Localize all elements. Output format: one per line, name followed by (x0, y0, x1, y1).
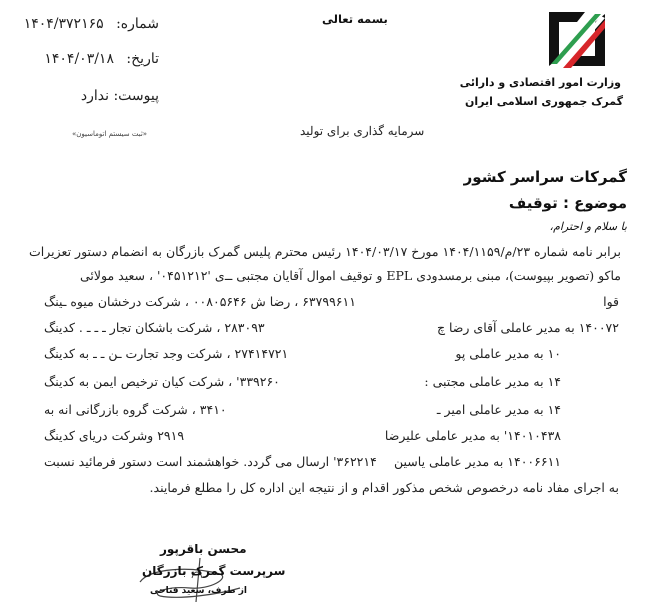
body-line-8-left: ۲۹۱۹ وشرکت دریای کدینگ (44, 428, 184, 443)
attachment-value: ندارد (81, 88, 109, 104)
slogan: سرمایه گذاری برای تولید (300, 124, 424, 138)
letter-number-row: شماره: ۱۴۰۴/۳۷۲۱۶۵ (24, 16, 159, 32)
body-line-1: برابر نامه شماره ۲۳/م/۱۴۰۴/۱۱۵۹ مورخ ۱۴۰… (29, 244, 621, 259)
body-line-10: به اجرای مفاد نامه درخصوص شخص مذکور اقدا… (150, 480, 619, 495)
body-line-4: ۱۴۰۰۷۲ به مدیر عاملی آقای رضا چ (437, 320, 619, 335)
body-line-7: ۱۴ به مدیر عاملی امیر ـ (437, 402, 561, 417)
body-line-8: ۱۴۰۱۰۴۳۸' به مدیر عاملی علیرضا (385, 428, 561, 443)
customs-name: گمرک جمهوری اسلامی ایران (465, 95, 623, 108)
letter-date-label: تاریخ: (126, 51, 159, 67)
signatory-proxy: از طرف، سعید فتاحی (150, 586, 247, 596)
ministry-name: وزارت امور اقتصادی و دارائی (460, 76, 621, 89)
bismillah-heading: بسمه تعالی (322, 12, 388, 26)
automation-note: «ثبت سیستم اتوماسیون» (72, 130, 147, 138)
letter-number-value: ۱۴۰۴/۳۷۲۱۶۵ (24, 16, 104, 32)
greeting: با سلام و احترام، (550, 220, 627, 233)
letter-date-value: ۱۴۰۴/۰۳/۱۸ (44, 51, 114, 67)
body-line-9-left: ۳۶۲۲۱۴' ارسال می گردد. خواهشمند است دستو… (44, 454, 377, 469)
body-line-9: ۱۴۰۰۶۶۱۱ به مدیر عاملی یاسین (394, 454, 561, 469)
body-line-4-left: ۲۸۳۰۹۳ ، شرکت باشکان تجار ـ ـ ـ . کدینگ (44, 320, 265, 335)
signatory-name: محسن باقرپور (160, 542, 247, 556)
body-line-5: ۱۰ به مدیر عاملی پو (455, 346, 561, 361)
body-line-3: قوا (603, 294, 619, 309)
subject-line: موضوع : توقیف (509, 194, 627, 212)
body-line-3-left: ۶۳۷۹۹۶۱۱ ، رضا ش ۰۰۸۰۵۶۴۶ ، شرکت درخشان … (44, 294, 356, 309)
body-line-6: ۱۴ به مدیر عاملی مجتبی : (424, 374, 561, 389)
letter-number-label: شماره: (116, 16, 159, 32)
customs-logo-icon (545, 8, 609, 70)
body-line-2-left: ی '۰۴۵۱۲۱۲' ، سعید مولائی (80, 268, 225, 283)
attachment-label: پیوست: (113, 88, 159, 104)
body-line-7-left: ۳۴۱۰ ، شرکت گروه بازرگانی انه به (44, 402, 227, 417)
signatory-title: سرپرست گمرک بازرگان (142, 564, 285, 578)
body-line-6-left: ۳۳۹۲۶۰' ، شرکت کیان ترخیص ایمن به کدینگ (44, 374, 280, 389)
body-line-5-left: ۲۷۴۱۴۷۲۱ ، شرکت وجد تجارت ـن ـ ـ به کدین… (44, 346, 288, 361)
letter-date-row: تاریخ: ۱۴۰۴/۰۳/۱۸ (44, 51, 159, 67)
attachment-row: پیوست: ندارد (81, 88, 159, 104)
addressee: گمرکات سراسر کشور (464, 168, 627, 186)
body-line-2: ماکو (تصویر بپیوست)، مبنی برمسدودی EPL و… (225, 268, 621, 283)
